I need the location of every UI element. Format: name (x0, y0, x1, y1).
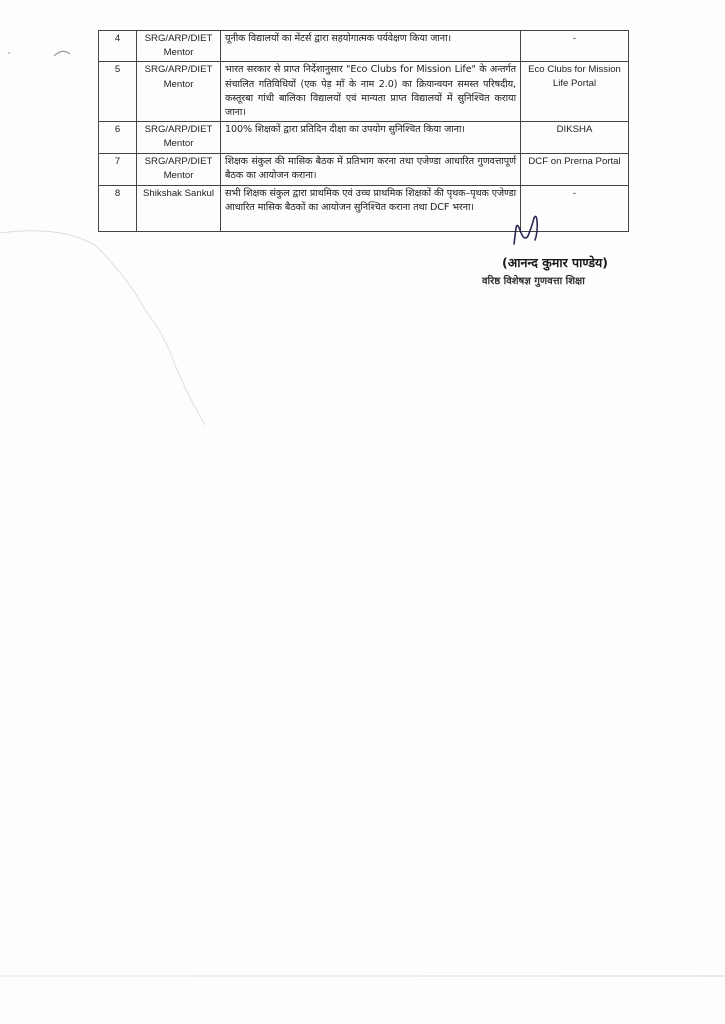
table-row: 5 SRG/ARP/DIET Mentor भारत सरकार से प्रा… (99, 62, 629, 122)
table-row: 6 SRG/ARP/DIET Mentor 100% शिक्षकों द्वा… (99, 122, 629, 154)
serial-number: 5 (99, 62, 137, 122)
table-row: 4 SRG/ARP/DIET Mentor यूनीक विद्यालयों क… (99, 31, 629, 62)
handwritten-signature-icon (510, 214, 550, 250)
tool-platform: DIKSHA (521, 122, 629, 154)
activity-description: शिक्षक संकुल की मासिक बैठक में प्रतिभाग … (221, 154, 521, 185)
table-row: 7 SRG/ARP/DIET Mentor शिक्षक संकुल की मा… (99, 154, 629, 185)
scan-bleed-through (0, 975, 725, 977)
activity-description: सभी शिक्षक संकुल द्वारा प्राथमिक एवं उच्… (221, 185, 521, 231)
serial-number: 4 (99, 31, 137, 62)
document-page: 4 SRG/ARP/DIET Mentor यूनीक विद्यालयों क… (0, 0, 725, 1024)
responsible-party: SRG/ARP/DIET Mentor (137, 31, 221, 62)
tool-platform: - (521, 31, 629, 62)
scan-fold-curve (0, 225, 220, 435)
serial-number: 8 (99, 185, 137, 231)
serial-number: 6 (99, 122, 137, 154)
responsible-party: Shikshak Sankul (137, 185, 221, 231)
signatory-designation: वरिष्ठ विशेषज्ञ गुणवत्ता शिक्षा (474, 273, 652, 287)
scan-mark-arc (52, 48, 72, 58)
responsible-party: SRG/ARP/DIET Mentor (137, 122, 221, 154)
responsible-party: SRG/ARP/DIET Mentor (137, 62, 221, 122)
activity-table: 4 SRG/ARP/DIET Mentor यूनीक विद्यालयों क… (98, 30, 629, 232)
serial-number: 7 (99, 154, 137, 185)
tool-platform: DCF on Prerna Portal (521, 154, 629, 185)
responsible-party: SRG/ARP/DIET Mentor (137, 154, 221, 185)
signatory-name: (आनन्द कुमार पाण्डेय) (470, 254, 640, 271)
scan-mark-dot (6, 50, 12, 56)
activity-description: यूनीक विद्यालयों का मेंटर्स द्वारा सहयोग… (221, 31, 521, 62)
activity-description: 100% शिक्षकों द्वारा प्रतिदिन दीक्षा का … (221, 122, 521, 154)
activity-description: भारत सरकार से प्राप्त निर्देशानुसार "Eco… (221, 62, 521, 122)
tool-platform: Eco Clubs for Mission Life Portal (521, 62, 629, 122)
